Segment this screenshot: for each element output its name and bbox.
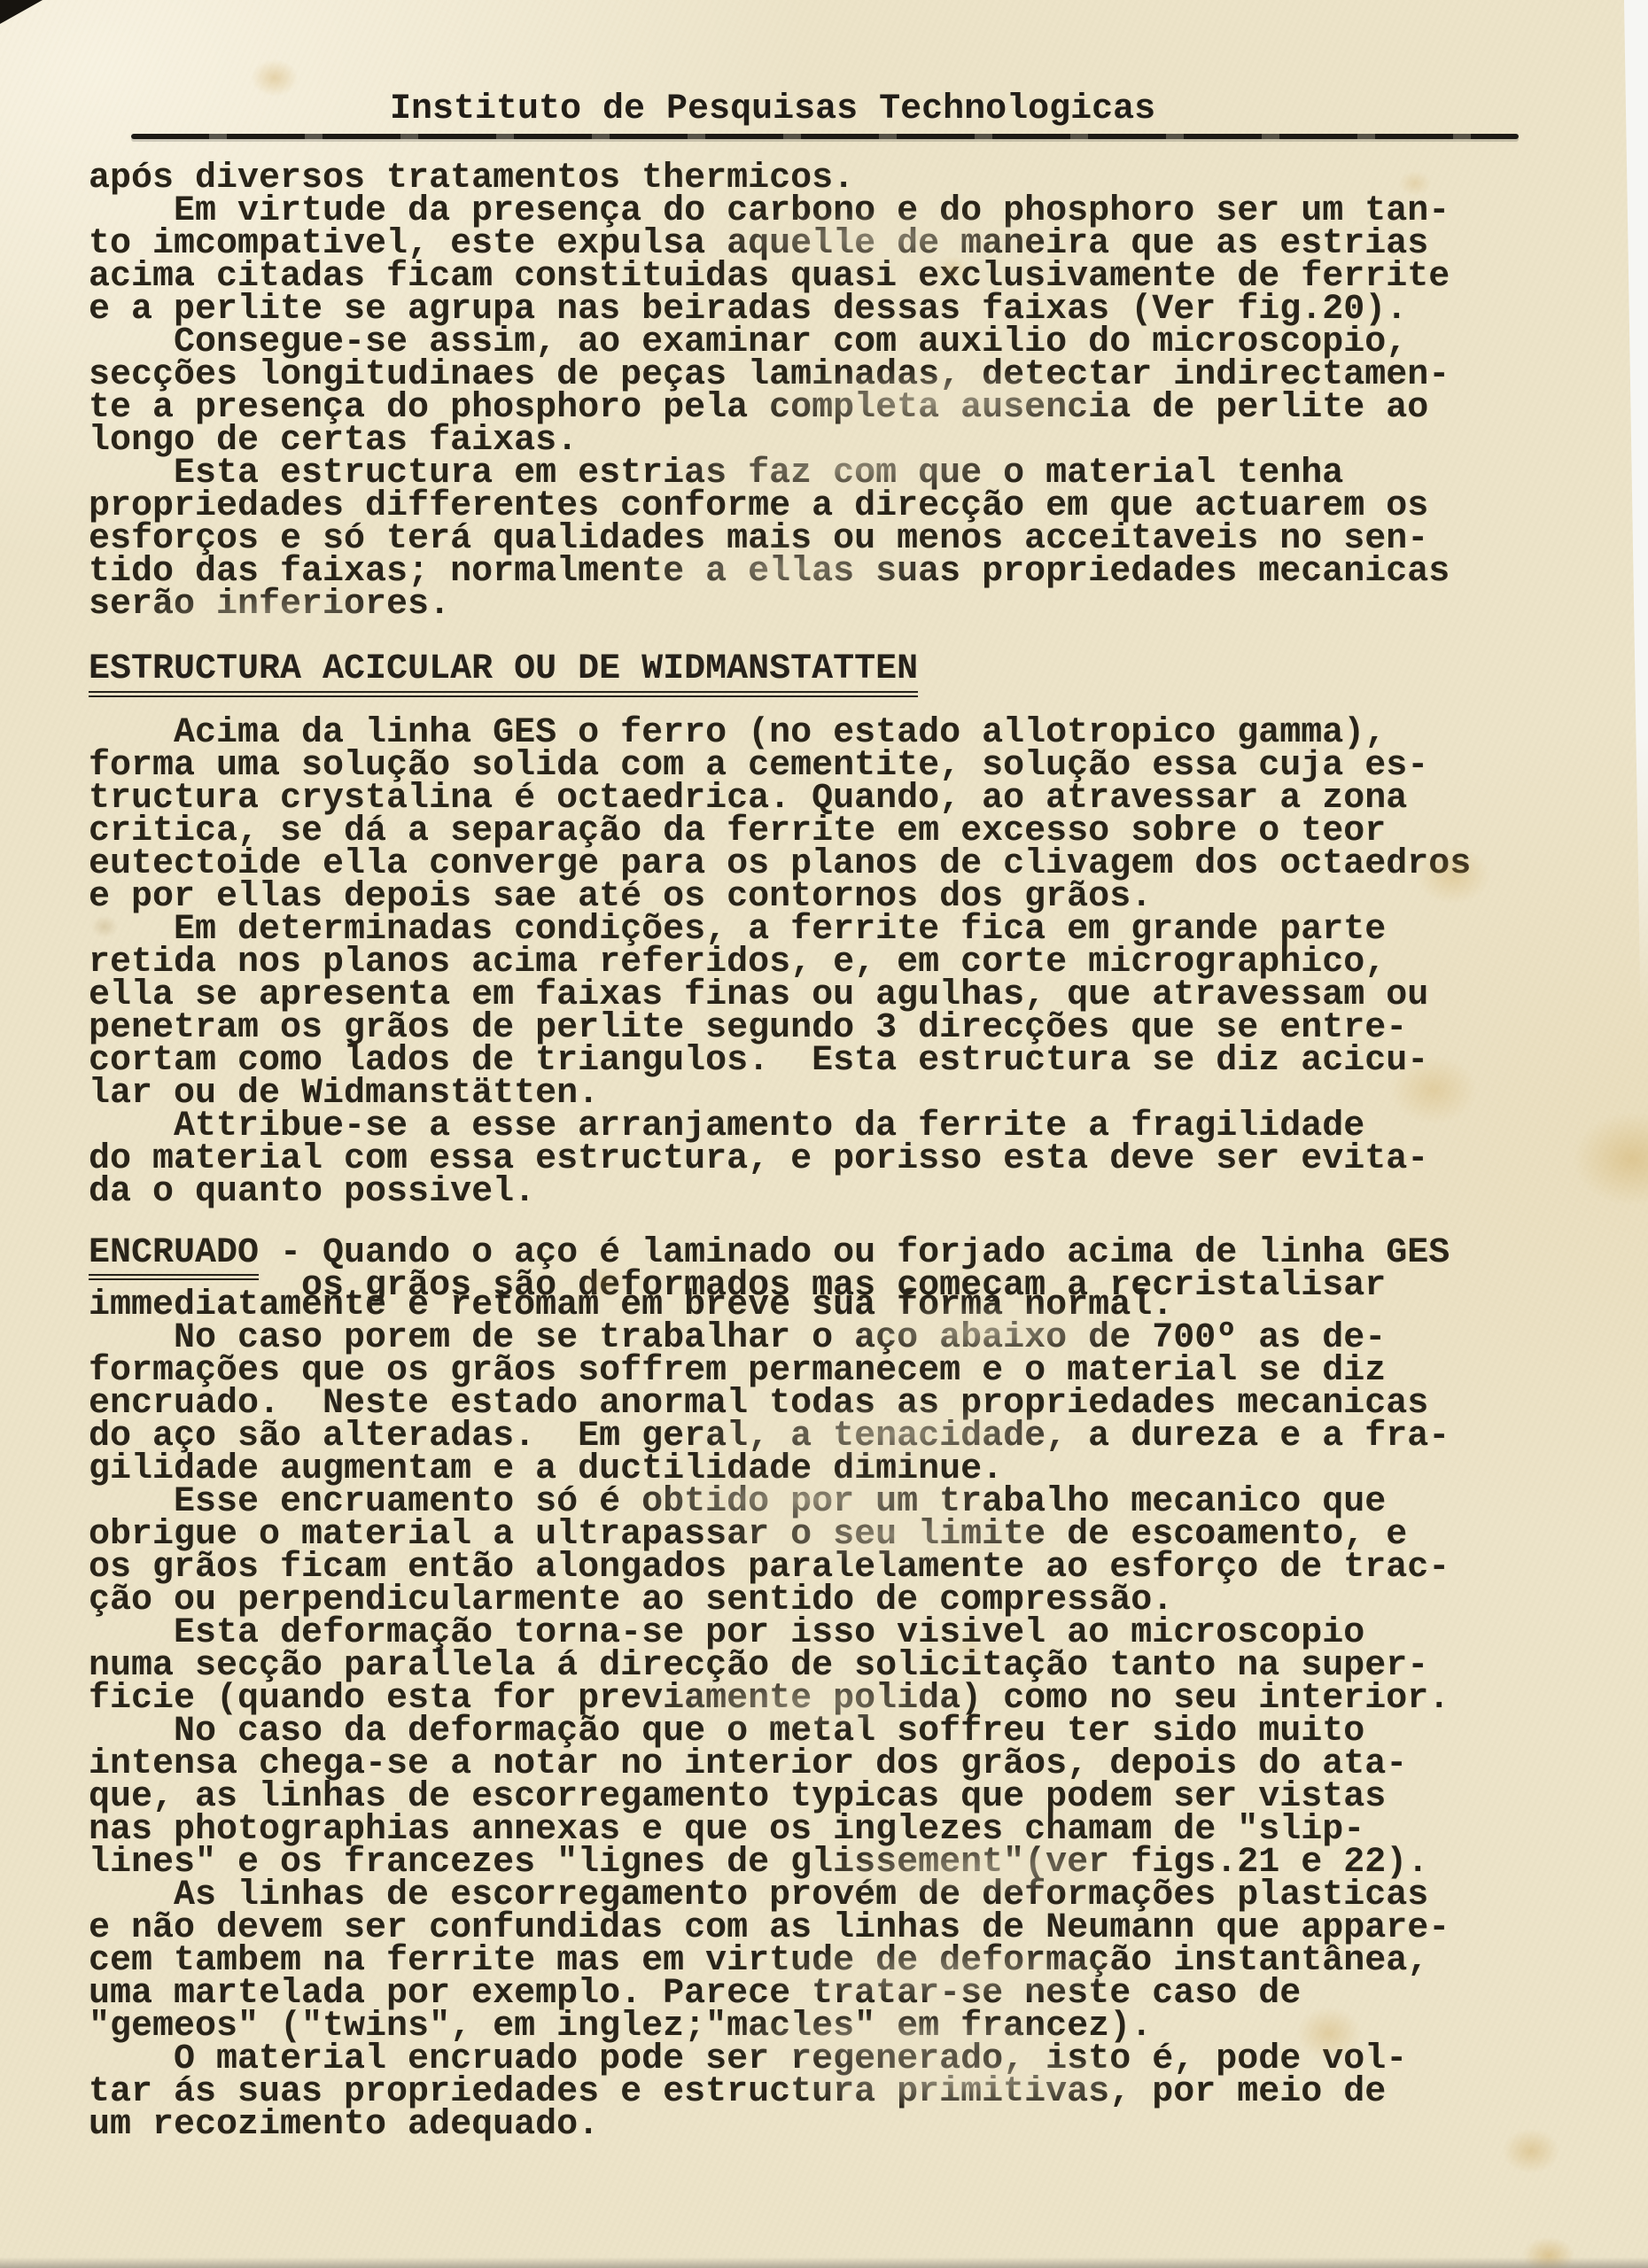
text-line: acima citadas ficam constituidas quasi e… bbox=[89, 260, 1621, 293]
section-heading: ESTRUCTURA ACICULAR OU DE WIDMANSTATTEN bbox=[89, 651, 918, 697]
text-line: penetram os grãos de perlite segundo 3 d… bbox=[89, 1012, 1621, 1045]
text-line: to imcompativel, este expulsa aquelle de… bbox=[89, 228, 1621, 260]
text-line: esforços e só terá qualidades mais ou me… bbox=[89, 523, 1621, 555]
text-line: uma martelada por exemplo. Parece tratar… bbox=[89, 1977, 1621, 2010]
text-line: e por ellas depois sae até os contornos … bbox=[89, 881, 1621, 913]
text-line: ção ou perpendicularmente ao sentido de … bbox=[89, 1584, 1621, 1617]
text-line: O material encruado pode ser regenerado,… bbox=[89, 2043, 1621, 2076]
text-line: No caso da deformação que o metal soffre… bbox=[89, 1715, 1621, 1748]
intro-paragraphs: após diversos tratamentos thermicos. Em … bbox=[89, 162, 1621, 621]
text-line: numa secção parallela á direcção de soli… bbox=[89, 1650, 1621, 1682]
text-line: e não devem ser confundidas com as linha… bbox=[89, 1912, 1621, 1945]
text-line: te a presença do phosphoro pela completa… bbox=[89, 392, 1621, 424]
text-line: nas photographias annexas e que os ingle… bbox=[89, 1814, 1621, 1846]
text-line: secções longitudinaes de peças laminadas… bbox=[89, 359, 1621, 392]
text-line: Esse encruamento só é obtido por um trab… bbox=[89, 1486, 1621, 1518]
text-line: lines" e os francezes "lignes de glissem… bbox=[89, 1846, 1621, 1879]
text-line: serão inferiores. bbox=[89, 588, 1621, 621]
text-line: ENCRUADO - Quando o aço é laminado ou fo… bbox=[89, 1237, 1621, 1270]
text-line: ella se apresenta em faixas finas ou agu… bbox=[89, 979, 1621, 1012]
text-line: "gemeos" ("twins", em inglez;"macles" em… bbox=[89, 2010, 1621, 2043]
text-line: tido das faixas; normalmente a ellas sua… bbox=[89, 555, 1621, 588]
text-line: ficie (quando esta for previamente polid… bbox=[89, 1682, 1621, 1715]
text-line: Em determinadas condições, a ferrite fic… bbox=[89, 913, 1621, 946]
text-line: tructura crystalina é octaedrica. Quando… bbox=[89, 782, 1621, 815]
text-line: Esta estructura em estrias faz com que o… bbox=[89, 457, 1621, 490]
text-line: lar ou de Widmanstätten. bbox=[89, 1077, 1621, 1110]
scanned-paper-sheet: Instituto de Pesquisas Technologicas apó… bbox=[0, 0, 1648, 2268]
text-line: Acima da linha GES o ferro (no estado al… bbox=[89, 717, 1621, 750]
document-body: após diversos tratamentos thermicos. Em … bbox=[0, 139, 1648, 2141]
text-line: longo de certas faixas. bbox=[89, 424, 1621, 457]
acicular-heading: ESTRUCTURA ACICULAR OU DE WIDMANSTATTEN bbox=[89, 651, 1621, 697]
text-line: As linhas de escorregamento provém de de… bbox=[89, 1879, 1621, 1912]
text-line: formações que os grãos soffrem permanece… bbox=[89, 1355, 1621, 1387]
text-line: gilidade augmentam e a ductilidade dimin… bbox=[89, 1453, 1621, 1486]
text-line: Em virtude da presença do carbono e do p… bbox=[89, 195, 1621, 228]
text-line: obrigue o material a ultrapassar o seu l… bbox=[89, 1518, 1621, 1551]
text-line: que, as linhas de escorregamento typicas… bbox=[89, 1781, 1621, 1814]
text-line: critica, se dá a separação da ferrite em… bbox=[89, 815, 1621, 848]
text-line: os grãos ficam então alongados paralelam… bbox=[89, 1551, 1621, 1584]
text-line: encruado. Neste estado anormal todas as … bbox=[89, 1387, 1621, 1420]
text-line: forma uma solução solida com a cementite… bbox=[89, 750, 1621, 782]
text-line: do aço são alteradas. Em geral, a tenaci… bbox=[89, 1420, 1621, 1453]
text-line: cortam como lados de triangulos. Esta es… bbox=[89, 1045, 1621, 1077]
text-line: immediatamente e retomam em breve sua fo… bbox=[89, 1289, 1621, 1322]
text-line: Consegue-se assim, ao examinar com auxil… bbox=[89, 326, 1621, 359]
text-line: e a perlite se agrupa nas beiradas dessa… bbox=[89, 293, 1621, 326]
text-line: após diversos tratamentos thermicos. bbox=[89, 162, 1621, 195]
page-header: Instituto de Pesquisas Technologicas bbox=[0, 0, 1648, 139]
text-line: propriedades differentes conforme a dire… bbox=[89, 490, 1621, 523]
text-line: do material com essa estructura, e poris… bbox=[89, 1143, 1621, 1176]
text-line: tar ás suas propriedades e estructura pr… bbox=[89, 2076, 1621, 2109]
text-line: eutectoide ella converge para os planos … bbox=[89, 848, 1621, 881]
acicular-paragraphs: Acima da linha GES o ferro (no estado al… bbox=[89, 717, 1621, 1208]
text-line: cem tambem na ferrite mas em virtude de … bbox=[89, 1945, 1621, 1977]
text-line: intensa chega-se a notar no interior dos… bbox=[89, 1748, 1621, 1781]
text-line: retida nos planos acima referidos, e, em… bbox=[89, 946, 1621, 979]
text-line: No caso porem de se trabalhar o aço abai… bbox=[89, 1322, 1621, 1355]
encruado-paragraphs: ENCRUADO - Quando o aço é laminado ou fo… bbox=[89, 1237, 1621, 2141]
typewritten-text-layer: Instituto de Pesquisas Technologicas apó… bbox=[0, 0, 1648, 2268]
text-line: um recozimento adequado. bbox=[89, 2109, 1621, 2141]
text-line: Attribue-se a esse arranjamento da ferri… bbox=[89, 1110, 1621, 1143]
text-line: Esta deformação torna-se por isso visive… bbox=[89, 1617, 1621, 1650]
page-title: Instituto de Pesquisas Technologicas bbox=[0, 90, 1648, 129]
text-line: da o quanto possivel. bbox=[89, 1176, 1621, 1208]
